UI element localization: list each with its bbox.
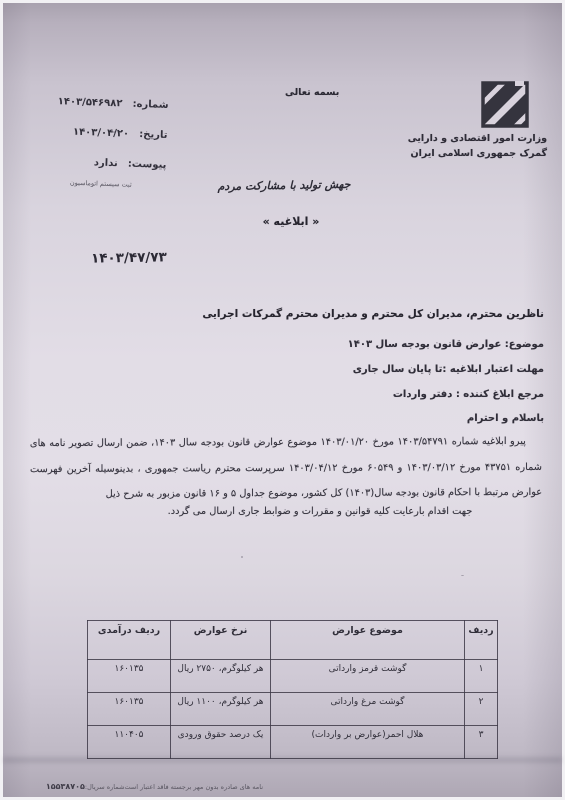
- letter-meta-block: شماره: ۱۴۰۳/۵۴۶۹۸۲ تاریخ: ۱۴۰۳/۰۴/۲۰ پیو…: [16, 86, 169, 191]
- header-duty-rate: نرخ عوارض: [171, 621, 271, 660]
- scanned-letter-page: وزارت امور اقتصادی و دارایی گمرک جمهوری …: [0, 0, 565, 800]
- customs-emblem-icon: [481, 81, 529, 128]
- scan-speck: [461, 575, 464, 576]
- table-row: ۳ هلال احمر(عوارض بر واردات) یک درصد حقو…: [88, 726, 498, 759]
- salutation-line: باسلام و احترام: [467, 413, 544, 424]
- cell-duty-subject: گوشت قرمز وارداتی: [271, 660, 465, 693]
- footer-validity-notice: نامه های صادره بدون مهر برجسته فاقد اعتب…: [124, 783, 263, 791]
- addressee-line: ناظرین محترم، مدیران کل محترم و مدیران م…: [202, 308, 544, 320]
- table-row: ۱ گوشت قرمز وارداتی هر کیلوگرم، ۲۷۵۰ ریا…: [88, 660, 498, 693]
- year-slogan-stamp: جهش تولید با مشارکت مردم: [209, 178, 359, 194]
- table-header-row: ردیف موضوع عوارض نرخ عوارض ردیف درآمدی: [88, 621, 498, 660]
- cell-duty-rate: هر کیلوگرم، ۱۱۰۰ ریال: [171, 693, 271, 726]
- cell-row-number: ۲: [465, 693, 498, 726]
- issuer-line: مرجع ابلاغ کننده : دفتر واردات: [393, 389, 544, 400]
- number-value: ۱۴۰۳/۵۴۶۹۸۲: [58, 96, 123, 109]
- handwritten-registration-number: ۱۴۰۳/۴۷/۷۳: [91, 249, 167, 266]
- subject-line: موضوع: عوارض قانون بودجه سال ۱۴۰۳: [348, 339, 544, 350]
- footer-serial-line: نامه های صادره بدون مهر برجسته فاقد اعتب…: [58, 782, 263, 791]
- tariff-table-wrapper: ردیف موضوع عوارض نرخ عوارض ردیف درآمدی ۱…: [88, 620, 498, 759]
- cell-duty-subject: هلال احمر(عوارض بر واردات): [271, 726, 465, 759]
- header-revenue-row: ردیف درآمدی: [88, 621, 171, 660]
- date-label: تاریخ:: [139, 129, 168, 141]
- cell-row-number: ۱: [465, 660, 498, 693]
- attachment-label: پیوست:: [128, 159, 167, 171]
- cell-duty-subject: گوشت مرغ وارداتی: [271, 693, 465, 726]
- header-row-number: ردیف: [465, 621, 498, 660]
- date-value: ۱۴۰۳/۰۴/۲۰: [73, 127, 129, 140]
- body-closing-line: جهت اقدام بارعایت کلیه قوانین و مقررات و…: [98, 506, 542, 517]
- letterhead-organization: وزارت امور اقتصادی و دارایی گمرک جمهوری …: [408, 131, 547, 161]
- cell-revenue-row: ۱۱۰۴۰۵: [88, 726, 171, 759]
- cell-revenue-row: ۱۶۰۱۳۵: [88, 693, 171, 726]
- organization-name: گمرک جمهوری اسلامی ایران: [408, 146, 547, 161]
- validity-line: مهلت اعتبار ابلاغیه :تا پایان سال جاری: [353, 364, 544, 375]
- bismillah: بسمه تعالی: [285, 87, 339, 98]
- scan-speck: [241, 556, 243, 558]
- cell-revenue-row: ۱۶۰۱۳۵: [88, 660, 171, 693]
- header-duty-subject: موضوع عوارض: [271, 621, 465, 660]
- number-label: شماره:: [132, 99, 168, 111]
- attachment-value: ندارد: [94, 157, 118, 169]
- document-type-title: « ابلاغیه »: [241, 215, 341, 228]
- serial-label: شماره سریال:: [85, 783, 125, 791]
- serial-value: ۱۵۵۳۸۷۰۵: [46, 782, 85, 791]
- cell-row-number: ۳: [465, 726, 498, 759]
- cell-duty-rate: یک درصد حقوق ورودی: [171, 726, 271, 759]
- tariff-table: ردیف موضوع عوارض نرخ عوارض ردیف درآمدی ۱…: [87, 620, 498, 759]
- ministry-name: وزارت امور اقتصادی و دارایی: [408, 131, 547, 146]
- body-paragraph: پیرو ابلاغیه شماره ۱۴۰۳/۵۴۷۹۱ مورخ ۱۴۰۳/…: [30, 429, 542, 508]
- table-row: ۲ گوشت مرغ وارداتی هر کیلوگرم، ۱۱۰۰ ریال…: [88, 693, 498, 726]
- cell-duty-rate: هر کیلوگرم، ۲۷۵۰ ریال: [171, 660, 271, 693]
